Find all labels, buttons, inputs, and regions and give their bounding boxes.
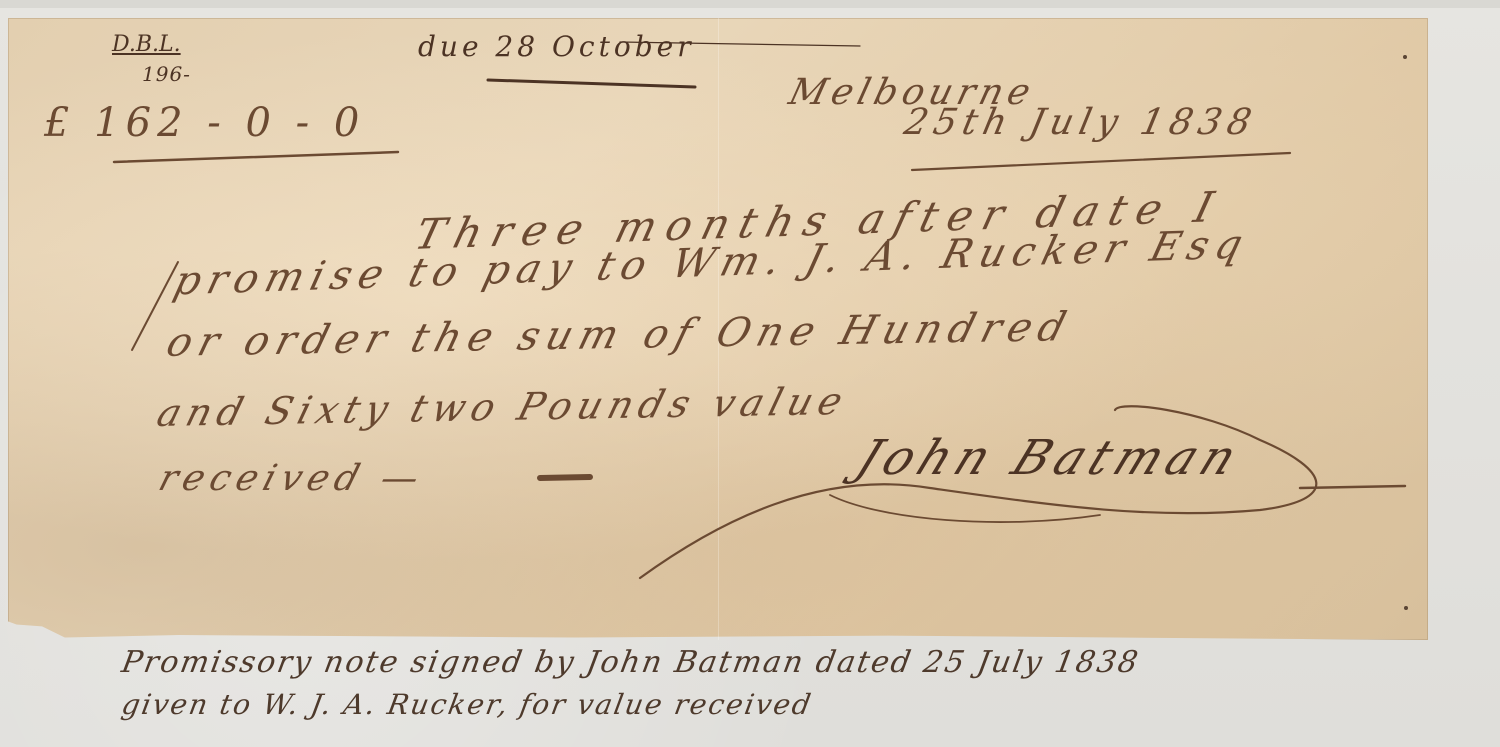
pin-hole [1403, 55, 1407, 59]
amount: £ 162 - 0 - 0 [44, 100, 365, 146]
annotation-line-1: Promissory note signed by John Batman da… [119, 645, 1142, 680]
date: 25th July 1838 [901, 102, 1261, 143]
mount-top-edge [0, 0, 1500, 8]
pin-hole [1404, 606, 1408, 610]
body-line-5: received — [154, 458, 429, 499]
annotation-line-2: given to W. J. A. Rucker, for value rece… [119, 688, 815, 721]
reference-number: 196- [142, 62, 191, 86]
due-date: due 28 October [418, 30, 695, 63]
reference-mark: D.B.L. [112, 32, 181, 57]
signature: John Batman [849, 430, 1251, 486]
